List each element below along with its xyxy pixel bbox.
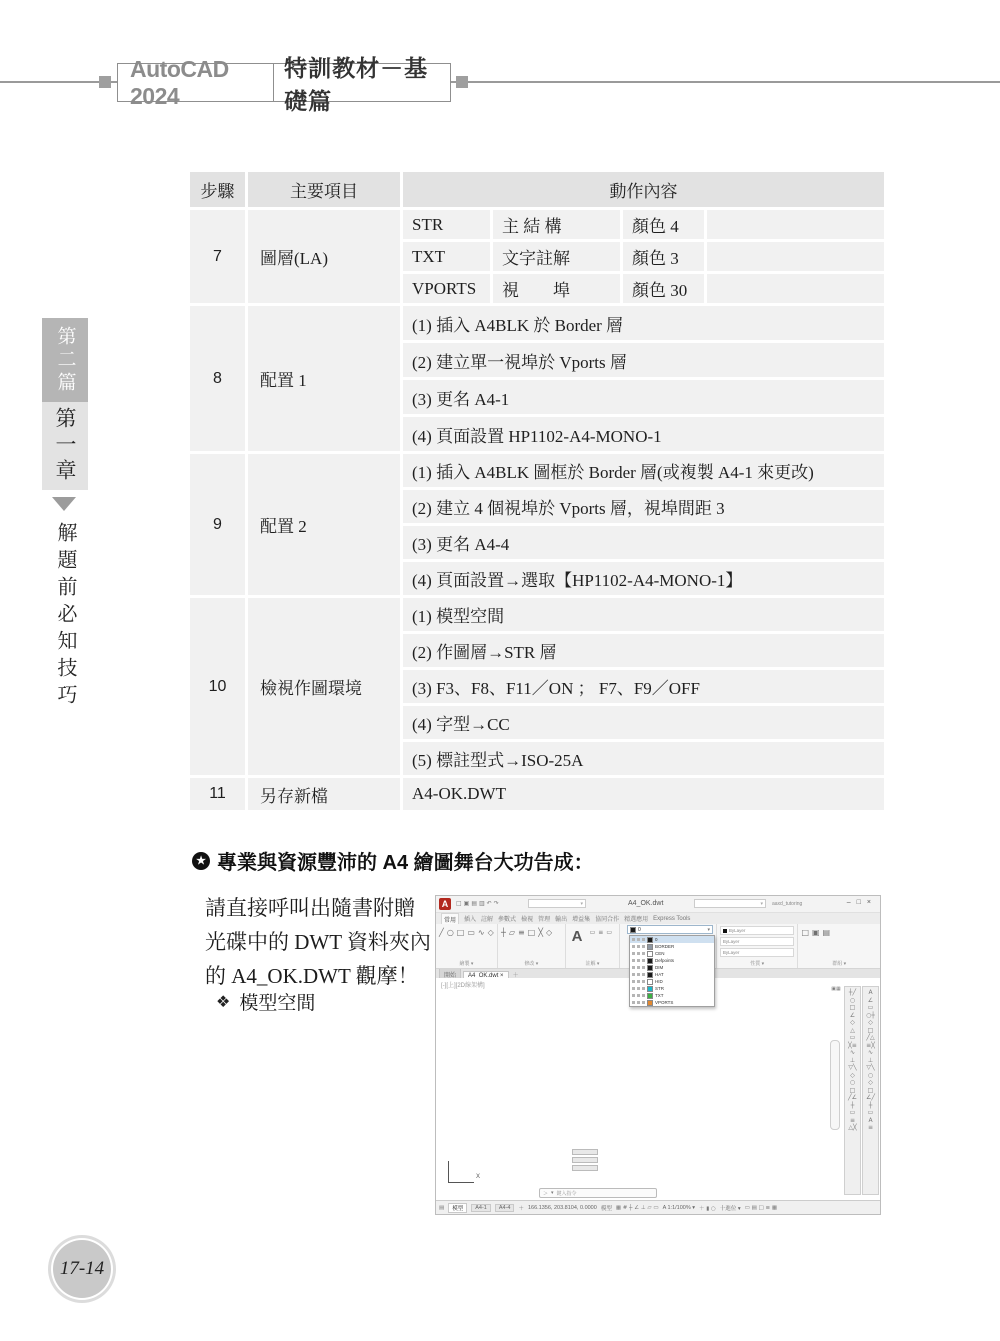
step-item: 圖層(LA)	[248, 210, 400, 303]
layer-line: STR 主 結 構 顏色 4	[403, 210, 884, 239]
modify-tool-icons[interactable]: ┼▱≡□╳◇	[498, 924, 565, 938]
step-number: 7	[190, 210, 245, 303]
sun-icon[interactable]	[637, 994, 640, 997]
add-layout-button[interactable]: ＋	[518, 1204, 524, 1212]
draw-tool-icons[interactable]: ╱○□▭∿◇	[436, 924, 497, 938]
model-space-toggle[interactable]: 模型	[601, 1204, 612, 1212]
panel-modify[interactable]: ┼▱≡□╳◇ 修改 ▾	[498, 924, 566, 968]
action-line: (4) 字型→CC	[403, 706, 884, 739]
lock-icon[interactable]	[642, 994, 645, 997]
sun-icon[interactable]	[637, 987, 640, 990]
action-line: (1) 模型空間	[403, 598, 884, 631]
window-controls[interactable]: –□×	[847, 899, 877, 906]
layer-color-swatch	[647, 1000, 653, 1006]
layer-line: VPORTS 視 埠 顏色 30	[403, 274, 884, 303]
book-title-box: AutoCAD 2024 特訓教材－基礎篇	[117, 63, 451, 102]
chevron-down-icon[interactable]: ▾	[707, 927, 710, 933]
status-toggle-icons[interactable]: ▦ # ┼ ∠ ⊥ ▱ ▭	[616, 1205, 659, 1211]
coordinates-readout: 166.1356, 203.8104, 0.0000	[528, 1205, 597, 1211]
bulb-icon[interactable]	[632, 973, 635, 976]
ribbon-tab[interactable]: Express Tools	[653, 916, 690, 922]
layer-row[interactable]: HAT	[630, 971, 714, 978]
table-row-11: 11 另存新檔 A4-OK.DWT	[190, 778, 884, 810]
ribbon-tab[interactable]: 增益集	[572, 914, 590, 923]
minimize-icon: –	[847, 899, 857, 906]
step-item: 配置 2	[248, 454, 400, 595]
lock-icon[interactable]	[642, 938, 645, 941]
bulb-icon[interactable]	[632, 952, 635, 955]
paragraph-line: 請直接呼叫出隨書附贈	[205, 891, 431, 925]
sidebar-chapter-label: 第一章	[42, 402, 88, 490]
palette-buttons[interactable]: ▣▦	[830, 986, 842, 993]
bulb-icon[interactable]	[632, 987, 635, 990]
col-header-step: 步驟	[190, 172, 245, 207]
ucs-icon: X	[448, 1157, 478, 1183]
autocad-logo-icon[interactable]: A	[439, 898, 451, 910]
layer-color-swatch	[647, 937, 653, 943]
intro-paragraph: 請直接呼叫出隨書附贈 光碟中的 DWT 資料夾內 的 A4_OK.DWT 觀摩！	[205, 891, 431, 993]
layer-row[interactable]: STR	[630, 985, 714, 992]
action-line: (3) 更名 A4-1	[403, 380, 884, 414]
paragraph-line: 光碟中的 DWT 資料夾內	[205, 925, 431, 959]
step-number: 10	[190, 598, 245, 775]
panel-groups[interactable]: □▣▤ 群組 ▾	[798, 924, 880, 968]
layer-row[interactable]: VPORTS	[630, 999, 714, 1006]
status-bar: ▤ 模型 A4-1 A4-4 ＋ 166.1356, 203.8104, 0.0…	[436, 1200, 880, 1214]
lock-icon[interactable]	[642, 952, 645, 955]
annotation-scale[interactable]: A 1:1/100% ▾	[663, 1205, 695, 1211]
status-extra-icons[interactable]: ＋ ▮ ○	[699, 1204, 716, 1212]
ribbon-tab[interactable]: 參數式	[498, 914, 516, 923]
layer-row[interactable]: Defpoints	[630, 957, 714, 964]
layer-color-swatch	[630, 927, 636, 933]
linetype-control[interactable]: ByLayer	[720, 937, 795, 946]
table-header-row: 步驟 主要項目 動作內容	[190, 172, 884, 207]
layer-dropdown-combo[interactable]: 0 ▾	[627, 925, 713, 934]
action-line: (2) 建立 4 個視埠於 Vports 層，視埠間距 3	[403, 490, 884, 523]
layer-row[interactable]: BORDER	[630, 943, 714, 950]
maximize-icon: □	[857, 899, 867, 906]
units-selector[interactable]: 十進位 ▾	[720, 1204, 741, 1212]
bulb-icon[interactable]	[632, 945, 635, 948]
book-brand: AutoCAD 2024	[118, 56, 273, 110]
col-header-action: 動作內容	[403, 172, 884, 207]
ribbon-tab[interactable]: 插入	[464, 914, 476, 923]
sidebar-chapter-title: 解題前必知技巧	[52, 522, 78, 711]
step-item: 檢視作圖環境	[248, 598, 400, 775]
action-line: (2) 建立單一視埠於 Vports 層	[403, 343, 884, 377]
lineweight-control[interactable]: ByLayer	[720, 948, 795, 957]
action-line: A4-OK.DWT	[403, 778, 884, 810]
action-line: (4) 頁面設置 HP1102-A4-MONO-1	[403, 417, 884, 451]
action-line: (3) 更名 A4-4	[403, 526, 884, 559]
action-line: (1) 插入 A4BLK 於 Border 層	[403, 306, 884, 340]
menu-icon[interactable]: ▤	[439, 1205, 444, 1211]
triangle-down-icon	[52, 497, 76, 511]
page-number-badge: 17-14	[53, 1240, 111, 1298]
lock-icon[interactable]	[642, 980, 645, 983]
layer-color-swatch	[647, 951, 653, 957]
book-page: AutoCAD 2024 特訓教材－基礎篇 第二篇 第一章 解題前必知技巧 步驟…	[0, 0, 1000, 1341]
sun-icon[interactable]	[637, 945, 640, 948]
sun-icon[interactable]	[637, 980, 640, 983]
layer-color-swatch	[647, 993, 653, 999]
acad-title-bar: A □▣▤▥↶↷ ▾ A4_OK.dwt ▾ aaxd_tutoring –□×	[436, 896, 880, 913]
minimized-dialogs[interactable]	[572, 1149, 598, 1173]
ribbon-tab-home[interactable]: 常用	[441, 913, 459, 925]
layer-row[interactable]: HID	[630, 978, 714, 985]
action-line: (3) F3、F8、F11／ON ； F7、F9／OFF	[403, 670, 884, 703]
steps-table: 步驟 主要項目 動作內容 7 圖層(LA) STR 主 結 構 顏色 4 TXT…	[190, 172, 884, 813]
ribbon-tab[interactable]: 輸出	[555, 914, 567, 923]
step-item: 另存新檔	[248, 778, 400, 810]
document-title: A4_OK.dwt	[628, 900, 663, 907]
tool-palette-right[interactable]: A∠▭○┼◇□╱△≡╳∿⊥▽╲○◇□∠╱┼▭A≡	[862, 986, 879, 1195]
signed-in-user[interactable]: aaxd_tutoring	[772, 901, 802, 907]
lock-icon[interactable]	[642, 966, 645, 969]
step-item: 配置 1	[248, 306, 400, 451]
layer-row[interactable]: CEN	[630, 950, 714, 957]
autocad-screenshot: A □▣▤▥↶↷ ▾ A4_OK.dwt ▾ aaxd_tutoring –□×…	[435, 895, 881, 1215]
layer-color-swatch	[647, 972, 653, 978]
bulb-icon[interactable]	[632, 980, 635, 983]
ribbon-tab[interactable]: 檢視	[521, 914, 533, 923]
command-placeholder: 鍵入指令	[557, 1190, 577, 1197]
layer-color-swatch	[647, 979, 653, 985]
layer-color-swatch	[647, 986, 653, 992]
book-subtitle: 特訓教材－基礎篇	[274, 50, 450, 116]
sun-icon[interactable]	[637, 959, 640, 962]
layer-row[interactable]: TXT	[630, 992, 714, 999]
table-row-7: 7 圖層(LA) STR 主 結 構 顏色 4 TXT 文字註解 顏色 3 VP…	[190, 210, 884, 303]
layer-dropdown-list: 0 BORDER CEN Defpoints DIM HAT HID STR T…	[629, 935, 715, 1007]
bullet-label: 模型空間	[239, 988, 315, 1015]
layout-tab[interactable]: A4-4	[495, 1204, 515, 1212]
current-layer-name: 0	[638, 927, 641, 933]
model-space-bullet: ❖ 模型空間	[216, 988, 315, 1015]
lock-icon[interactable]	[642, 959, 645, 962]
text-tool-icon[interactable]: A	[572, 928, 583, 945]
layout-tab-model[interactable]: 模型	[448, 1203, 467, 1213]
command-line[interactable]: ＞ ▾ 鍵入指令	[539, 1188, 657, 1198]
prompt-icon: ＞	[543, 1190, 548, 1197]
quick-access-toolbar-icons[interactable]: □▣▤▥↶↷	[456, 900, 501, 907]
layer-color-swatch	[647, 965, 653, 971]
layer-row[interactable]: 0	[630, 936, 714, 943]
panel-annotate[interactable]: A ▭≡▭ 註解 ▾	[566, 924, 621, 968]
close-icon: ×	[867, 899, 877, 906]
ribbon-tab[interactable]: 註解	[481, 914, 493, 923]
section-heading: ★ 專業與資源豐沛的 A4 繪圖舞台大功告成：	[192, 846, 594, 875]
ribbon-tab[interactable]: 精選應用	[624, 914, 648, 923]
diamond-icon: ❖	[216, 992, 230, 1011]
group-tool-icons[interactable]: □▣▤	[798, 924, 880, 938]
workspace-dropdown[interactable]: ▾	[528, 899, 586, 908]
action-line: (5) 標註型式→ISO-25A	[403, 742, 884, 775]
step-number: 9	[190, 454, 245, 595]
lock-icon[interactable]	[642, 945, 645, 948]
ribbon-tab[interactable]: 協同合作	[595, 914, 619, 923]
ribbon-tab-bar: 常用 插入 註解 參數式 檢視 管理 輸出 增益集 協同合作 精選應用 Expr…	[436, 913, 880, 924]
step-number: 8	[190, 306, 245, 451]
layer-color-swatch	[647, 944, 653, 950]
color-swatch	[723, 929, 727, 933]
status-right-icons[interactable]: ▭ ▤ □ ≡ ▦	[745, 1205, 777, 1211]
sun-icon[interactable]	[637, 938, 640, 941]
lock-icon[interactable]	[642, 1001, 645, 1004]
sun-icon[interactable]	[637, 1001, 640, 1004]
viewport-controls[interactable]: [-][上][2D線架構]	[441, 980, 485, 989]
bulb-icon[interactable]	[632, 1001, 635, 1004]
section-heading-text: 專業與資源豐沛的 A4 繪圖舞台大功告成：	[217, 846, 594, 875]
color-control[interactable]: ByLayer	[720, 926, 795, 935]
lock-icon[interactable]	[642, 973, 645, 976]
sun-icon[interactable]	[637, 966, 640, 969]
table-row-10: 10 檢視作圖環境 (1) 模型空間 (2) 作圖層→STR 層 (3) F3、…	[190, 598, 884, 775]
drawing-area[interactable]: [-][上][2D線架構] ▣▦ ┼╱○□∠◇△▭╳≡∿⊥▽╲◇○□╱∠┼▭≡△…	[436, 978, 880, 1201]
sun-icon[interactable]	[637, 973, 640, 976]
action-line: (1) 插入 A4BLK 圖框於 Border 層(或複製 A4-1 來更改)	[403, 454, 884, 487]
bulb-icon[interactable]	[632, 994, 635, 997]
col-header-item: 主要項目	[248, 172, 400, 207]
layout-tab[interactable]: A4-1	[471, 1204, 491, 1212]
sun-icon[interactable]	[637, 952, 640, 955]
layer-row[interactable]: DIM	[630, 964, 714, 971]
tool-palette-left[interactable]: ┼╱○□∠◇△▭╳≡∿⊥▽╲◇○□╱∠┼▭≡△╳	[844, 986, 861, 1195]
bulb-icon[interactable]	[632, 938, 635, 941]
lock-icon[interactable]	[642, 987, 645, 990]
table-row-9: 9 配置 2 (1) 插入 A4BLK 圖框於 Border 層(或複製 A4-…	[190, 454, 884, 595]
ribbon-tab[interactable]: 管理	[538, 914, 550, 923]
step-number: 11	[190, 778, 245, 810]
search-input[interactable]: ▾	[694, 899, 766, 908]
bulb-icon[interactable]	[632, 959, 635, 962]
header-square-right-icon	[456, 76, 468, 88]
chevron-down-icon[interactable]: ▾	[551, 1190, 554, 1196]
table-row-8: 8 配置 1 (1) 插入 A4BLK 於 Border 層 (2) 建立單一視…	[190, 306, 884, 451]
action-line: (4) 頁面設置→選取【HP1102-A4-MONO-1】	[403, 562, 884, 595]
bulb-icon[interactable]	[632, 966, 635, 969]
sidebar-part-label: 第二篇	[42, 318, 88, 402]
star-circle-icon: ★	[192, 852, 210, 870]
panel-draw[interactable]: ╱○□▭∿◇ 繪製 ▾	[436, 924, 498, 968]
header-square-left-icon	[99, 76, 111, 88]
panel-properties[interactable]: ByLayer ByLayer ByLayer 性質 ▾	[717, 924, 799, 968]
layer-color-swatch	[647, 958, 653, 964]
action-line: (2) 作圖層→STR 層	[403, 634, 884, 667]
collapsed-palette[interactable]	[830, 1040, 840, 1130]
layer-line: TXT 文字註解 顏色 3	[403, 242, 884, 271]
